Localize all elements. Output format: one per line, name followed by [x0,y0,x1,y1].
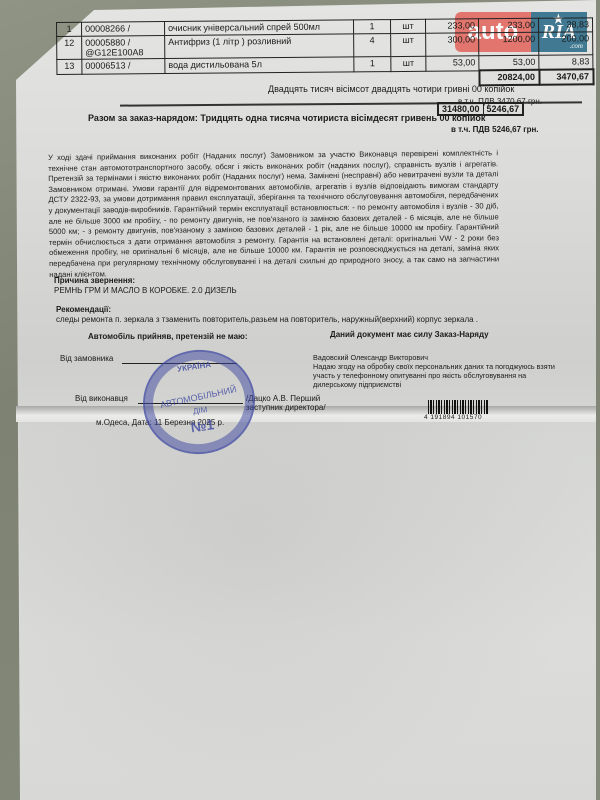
line-sum: 1200,00 [479,32,539,56]
unit-price: 300,00 [426,33,479,56]
quantity: 1 [354,57,391,72]
row-number: 1 [57,22,82,36]
line-vat: 200,00 [539,32,593,55]
quantity: 4 [354,34,391,57]
line-sum: 233,00 [478,18,538,33]
quantity: 1 [353,20,390,34]
subtotal-vat: 3470,67 [539,69,593,84]
unit: шт [391,56,426,71]
accepted-heading: Автомобіль прийняв, претензій не маю: [88,332,248,341]
line-sum: 53,00 [479,55,539,70]
customer-name: Вадовский Олександр Викторович [313,353,563,362]
row-number: 12 [57,36,82,59]
executor-label: Від виконавця [75,394,128,403]
unit-price: 233,00 [425,19,478,33]
grand-total-vat: 5246,67 [484,104,523,114]
executor-name: /Дацко А.В. Перший заступник директора/ [246,394,356,412]
customer-label: Від замовника [60,354,113,363]
recommendations-label: Рекомендації: [56,305,111,314]
reason-label: Причина звернення: [54,276,135,285]
barcode-number: 4 191894 101570 [424,414,482,421]
reason-value: РЕМНЬ ГРМ И МАСЛО В КОРОБКЕ. 2.0 ДИЗЕЛЬ [54,286,237,295]
part-code: 00006513 / [82,59,165,74]
unit: шт [390,19,425,33]
grand-total-words: Разом за заказ-нарядом: Тридцять одна ти… [88,113,485,123]
part-name: вода дистильована 5л [165,57,354,73]
recommendations-value: следы ремонта п. зеркала з тзаменить пов… [56,315,478,324]
subtotal-sum: 20824,00 [479,70,539,86]
unit-price: 53,00 [426,56,479,71]
parts-table: 100008266 /очисник універсальний спрей 5… [56,17,594,90]
line-vat: 8,83 [539,55,593,70]
grand-total-vat-text: в т.ч. ПДВ 5246,67 грн. [451,125,539,134]
unit: шт [391,33,426,56]
customer-consent-block: Вадовский Олександр Викторович Надаю зго… [313,353,563,389]
row-number: 13 [57,59,82,74]
barcode [428,400,488,414]
warranty-terms: У ході здачі приймання виконаних робіт (… [48,148,499,280]
subtotal-words: Двадцять тисяч вісімсот двадцять чотири … [268,84,514,94]
paper-shadow [20,422,596,800]
line-vat: 38,83 [538,18,592,32]
consent-text: Надаю згоду на обробку своїх персональни… [313,362,563,389]
valid-heading: Даний документ має силу Заказ-Наряду [330,330,489,339]
part-name: Антифриз (1 літр ) розливний [165,34,354,59]
part-code: 00005880 / @G12E100A8 [82,36,165,60]
part-code: 00008266 / [82,22,165,37]
